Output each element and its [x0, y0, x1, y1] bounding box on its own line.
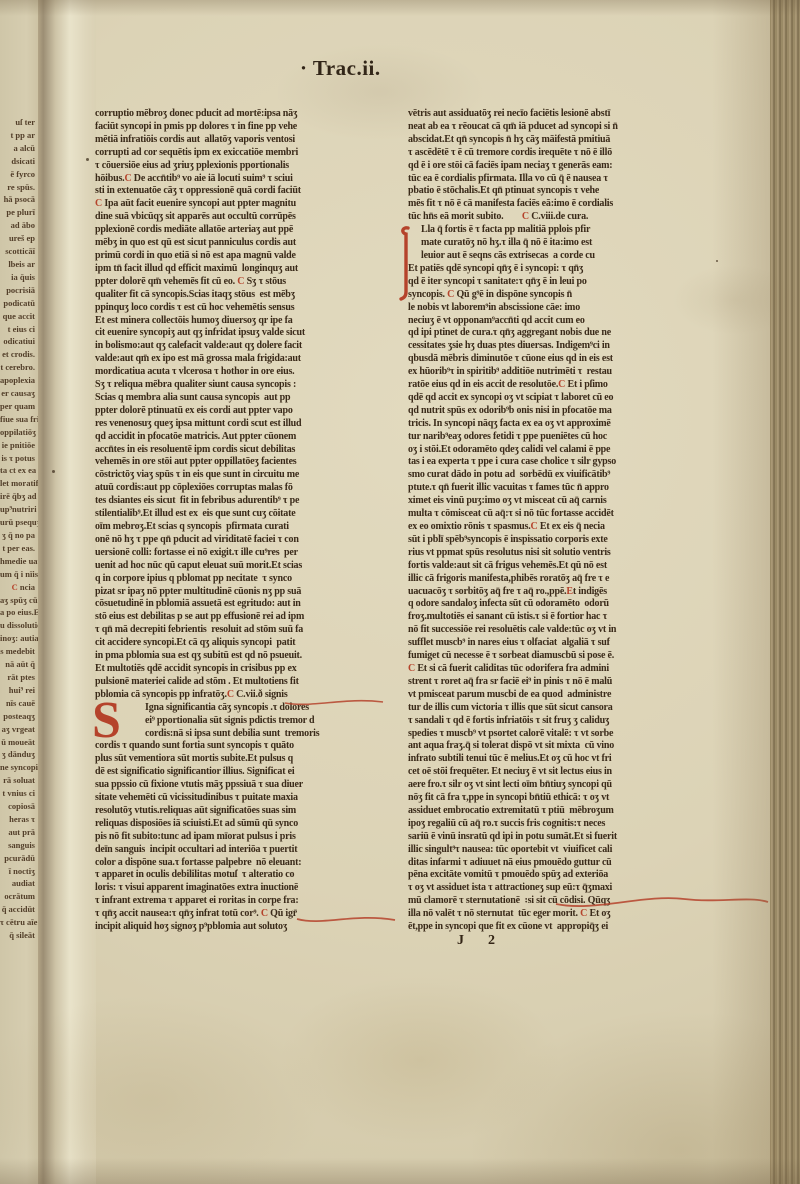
text-segment: s medebit: [0, 646, 35, 656]
text-line: Et patiēs qdē syncopi qn̄ʒ ē i syncopi: …: [408, 263, 708, 276]
fore-edge-page-stack: [770, 0, 800, 1184]
text-segment: ipoʒ regaliū cū aq̄ ro.τ succis fris cog…: [408, 818, 605, 829]
text-segment: Et patiēs qdē syncopi qn̄ʒ ē i syncopi: …: [408, 263, 583, 274]
text-segment: ncia: [18, 582, 35, 592]
text-segment: lbeis ar: [8, 259, 35, 269]
text-line: ximet eis vinū puʒ:imo oʒ vt misceat cū …: [408, 495, 708, 508]
text-line: τ infrant extrema τ apparet ei roritas i…: [95, 895, 387, 908]
text-line: cordis:nā si ipsa sunt debilia sunt trem…: [95, 728, 387, 741]
text-segment: Qū igr̄: [268, 908, 297, 919]
text-segment: ratōe eius qd in eis accit de resolutōe.: [408, 379, 558, 390]
text-segment: τ infrant extrema τ apparet ei roritas i…: [95, 895, 299, 906]
text-line: illa nō valēt τ nō sternutat tūc eger mo…: [408, 908, 708, 921]
rubric-mark: C: [261, 908, 268, 919]
text-segment: atuū cordis:aut pp cōplexiōes corruptas …: [95, 482, 293, 493]
text-segment: ex eo omixtio rōnis τ spasmus.: [408, 521, 531, 532]
text-segment: sua ppssio cū fixione vtutis māʒ ppssiuā…: [95, 779, 303, 790]
facing-page-line-fragment: u dissolutio: [0, 619, 38, 632]
text-line: τ cōuersiōe eius ad ʒriuʒ pplexionis ppo…: [95, 160, 387, 173]
text-segment: copiosā: [8, 801, 35, 811]
text-segment: uenit ad hoc nūc qū caput eleuat suū mor…: [95, 560, 302, 571]
text-segment: nō fit successiōe rei resoluētis cale va…: [408, 624, 616, 635]
text-segment: mate curatōʒ nō hʒ.τ illa q̄ nō ē ita:im…: [421, 237, 592, 248]
text-line: corruptio mēbroʒ donec pducit ad mortē:i…: [95, 108, 387, 121]
facing-page-edge: uſ tert pp ara alcūdsicatiē fyrcore spūs…: [0, 0, 38, 1184]
facing-page-line-fragment: ē fyrco: [0, 168, 38, 181]
facing-page-line-fragment: oppilatiōʒ: [0, 426, 38, 439]
text-line: nō fit successiōe rei resoluētis cale va…: [408, 624, 708, 637]
facing-page-line-fragment: τ cētru aīe: [0, 916, 38, 929]
text-segment: ureš ep: [9, 233, 35, 243]
facing-page-line-fragment: lbeis ar: [0, 258, 38, 271]
facing-page-line-fragment: scotticāī: [0, 245, 38, 258]
text-line: abscidat.Et qn̄ syncopis n̄ hʒ cāʒ māife…: [408, 134, 708, 147]
facing-page-line-fragment: urū psequʒ: [0, 516, 38, 529]
text-line: stilentialib⁹.Et illud est ex eis que su…: [95, 508, 387, 521]
text-segment: nīs cauē: [6, 698, 35, 708]
text-line: sūt i pblī spēb⁹syncopis ē inspissatio c…: [408, 534, 708, 547]
text-segment: cit accidere syncopi.Et cā qʒ aliquis sy…: [95, 637, 295, 648]
text-line: τ ascēdētē τ ē cū tremore cordis irequēt…: [408, 147, 708, 160]
text-segment: oīm mebroʒ.Et scias q syncopis pfirmata …: [95, 521, 289, 532]
text-segment: illic cā frigoris manifesta,phibēs rorat…: [408, 573, 609, 584]
text-line: cet oē stōi frequēter. Et neciuʒ ē vt si…: [408, 766, 708, 779]
text-segment: podicatū: [3, 298, 35, 308]
facing-page-line-fragment: ad ābo: [0, 219, 38, 232]
text-segment: ie pnitiōe: [2, 440, 35, 450]
text-segment: pulsionē materiei calide ad stōm . Et mu…: [95, 676, 299, 687]
text-segment: mordicatiua acuta τ vlcerosa τ hothor in…: [95, 366, 295, 377]
text-segment: mēs fit τ nō ē cā manifesta faciēs eā:im…: [408, 198, 613, 209]
text-segment: Sʒ τ stōus: [244, 276, 286, 287]
text-segment: sti in extenuatōe cāʒ τ oppressionē quā …: [95, 185, 301, 196]
text-segment: τ oʒ vt assiduet ista τ attractioneʒ sup…: [408, 882, 612, 893]
text-line: qd nutrit spūs ex odorib⁹b onis nisi in …: [408, 405, 708, 418]
text-segment: strent τ roret aq̄ fra sr faciē ei⁹ in p…: [408, 676, 612, 687]
text-line: qdē qd accit ex syncopi oʒ vt scipiat τ …: [408, 392, 708, 405]
text-line: C Ipa aūt facit euenire syncopi aut ppte…: [95, 198, 387, 211]
text-line: faciūt syncopi in pmis pp dolores τ in f…: [95, 121, 387, 134]
facing-page-line-fragment: aut prā: [0, 826, 38, 839]
facing-page-line-fragment: ʒ q̄ no pa: [0, 529, 38, 542]
text-line: mordicatiua acuta τ vlcerosa τ hothor in…: [95, 366, 387, 379]
text-segment: rius vt ppmat spūs resolutus nisi sit so…: [408, 547, 611, 558]
text-line: uacuacōʒ τ sorbitōʒ aq̄ fre τ aq̄ ro.,pp…: [408, 586, 708, 599]
facing-page-line-fragment: a alcū: [0, 142, 38, 155]
text-segment: Et est minera collectōis humoʒ diuersoʒ …: [95, 315, 293, 326]
right-text-column: vētris aut assiduatōʒ rei necīo faciētis…: [408, 108, 708, 934]
text-segment: syncopis.: [408, 289, 447, 300]
text-segment: cet oē stōi frequēter. Et neciuʒ ē vt si…: [408, 766, 612, 777]
text-segment: aʒ vrgeat: [2, 724, 35, 734]
text-line: ppinquʒ loco cordis τ est cū hoc vehemēt…: [95, 302, 387, 315]
text-segment: um q̄ i nīis: [0, 569, 38, 579]
text-line: reliquas disposiōes iā sciuisti.Et ad sū…: [95, 818, 387, 831]
text-segment: t eius ci: [8, 324, 35, 334]
text-segment: color a dispōne sua.τ fortasse palpebre …: [95, 857, 301, 868]
text-line: cordis τ quando sunt fortia sunt syncopi…: [95, 740, 387, 753]
text-segment: qdē qd accit ex syncopi oʒ vt scipiat τ …: [408, 392, 613, 403]
text-line: cit accidere syncopi.Et cā qʒ aliquis sy…: [95, 637, 387, 650]
text-segment: que accit: [3, 311, 35, 321]
text-segment: qd ipi ptinet de cura.τ qn̄ʒ aggregant n…: [408, 327, 611, 338]
text-segment: accn̄tes in eis resoluentē ipm cordis si…: [95, 444, 295, 455]
text-segment: ū moueāt: [1, 737, 35, 747]
text-line: qd ipi ptinet de cura.τ qn̄ʒ aggregant n…: [408, 327, 708, 340]
signature-letter: J: [457, 933, 464, 948]
text-segment: cordis:nā si ipsa sunt debilia sunt trem…: [145, 728, 319, 739]
facing-page-line-fragment: copiosā: [0, 800, 38, 813]
facing-page-line-fragment: podicatū: [0, 297, 38, 310]
facing-page-line-fragment: C ncia: [0, 581, 38, 594]
facing-page-line-fragment: inoʒ: autia: [0, 632, 38, 645]
text-segment: nōʒ fit cā fra τ,ppe in syncopi bn̄tiū e…: [408, 792, 609, 803]
text-segment: u dissolutio: [0, 620, 38, 630]
text-line: deīn sanguis incipit occultari ad interi…: [95, 844, 387, 857]
text-line: cessitates ʒsie hʒ duas ptes diuersas. I…: [408, 340, 708, 353]
text-segment: ei⁹ pportionalia sūt signis pdictis trem…: [145, 715, 314, 726]
facing-page-line-fragment: er causaʒ: [0, 387, 38, 400]
facing-page-line-fragment: ta ct ex ea: [0, 464, 38, 477]
text-line: ppter dolorē ptinuatū ex eis cordi aut p…: [95, 405, 387, 418]
text-segment: qd nutrit spūs ex odorib⁹b onis nisi in …: [408, 405, 612, 416]
text-segment: sitate vehemēti cū vicissitudinibus τ pu…: [95, 792, 298, 803]
running-head: · Trac.ii.: [300, 55, 381, 81]
text-line: pizat sr ipaʒ nō ppter multitudinē cūoni…: [95, 586, 387, 599]
text-segment: tur de illis cum victoria τ illis que sū…: [408, 702, 613, 713]
text-segment: ʒ dānduʒ: [2, 749, 35, 759]
text-segment: Sʒ τ reliqua mēbra qualiter siunt causa …: [95, 379, 296, 390]
facing-page-line-fragment: pcurādū: [0, 852, 38, 865]
facing-page-line-fragment: aʒ vrgeat: [0, 723, 38, 736]
text-segment: rāt ptes: [7, 672, 35, 682]
text-line: le nobis vt laborem⁹in abscissione cāe: …: [408, 302, 708, 315]
left-text-column: S corruptio mēbroʒ donec pducit ad mortē…: [95, 108, 387, 934]
text-segment: uersionē colli: fortasse ei nō exigit.τ …: [95, 547, 298, 558]
facing-page-line-fragment: is τ potus: [0, 452, 38, 465]
text-line: sariū ē vinū insratū qd ipi in potu sumā…: [408, 831, 708, 844]
text-line: fumiget cū necesse ē τ sorbeat diamuscbū…: [408, 650, 708, 663]
text-segment: plus sūt vementiora sūt mortis subite.Et…: [95, 753, 293, 764]
text-segment: ī noctiʒ: [9, 866, 35, 876]
text-segment: froʒ.multotiēs ei sanant cū istis.τ si ē…: [408, 611, 607, 622]
text-segment: is τ potus: [1, 453, 35, 463]
text-segment: ēt,ppe in syncopi que fit ex cūone vt ap…: [408, 921, 608, 932]
text-line: ex eo omixtio rōnis τ spasmus.C Et ex ei…: [408, 521, 708, 534]
text-line: primū cordi in quo etiā si nō est apa ma…: [95, 250, 387, 263]
text-segment: pe plurī: [6, 207, 35, 217]
text-line: loris: τ visui apparent imaginatōes extr…: [95, 882, 387, 895]
text-line: sua ppssio cū fixione vtutis māʒ ppssiuā…: [95, 779, 387, 792]
paper-speck: [716, 260, 718, 262]
facing-page-line-fragment: q̄ sileāt: [0, 929, 38, 942]
text-line: τ oʒ vt assiduet ista τ attractioneʒ sup…: [408, 882, 708, 895]
text-segment: faciūt syncopi in pmis pp dolores τ in f…: [95, 121, 297, 132]
text-line: τ sandali τ qd ē fortis infriatōis τ sit…: [408, 715, 708, 728]
text-line: sitate vehemēti cū vicissitudinibus τ pu…: [95, 792, 387, 805]
text-segment: uſ ter: [15, 117, 35, 127]
text-line: cit euenire syncopiʒ aut qʒ infridat ips…: [95, 327, 387, 340]
text-segment: q̄ accidūt: [2, 904, 35, 914]
text-line: vehemēs in ore stōi aut ppter oppillatōe…: [95, 456, 387, 469]
text-segment: τ apparet in oculis debililitas motuſ τ …: [95, 869, 294, 880]
text-segment: valde:aut qm̄ ex ipo est mā grossa mala …: [95, 353, 301, 364]
text-line: Lla q̄ fortis ē τ facta pp malitiā pploi…: [408, 224, 708, 237]
facing-page-line-fragment: ie pnitiōe: [0, 439, 38, 452]
text-segment: vt pmisceat parum muscbi de ea quod admi…: [408, 689, 611, 700]
text-line: pis nō fit subito:tunc ad ipam mīorat pu…: [95, 831, 387, 844]
text-line: τ qn̄ mā decrepiti febrientis resoluit a…: [95, 624, 387, 637]
text-line: res venenosuʒ queʒ ipsa mittunt cordi sc…: [95, 418, 387, 431]
text-segment: cōstrictōʒ viaʒ spūs τ in eis que sunt i…: [95, 469, 299, 480]
facing-page-line-fragment: irē q̄bʒ ad: [0, 490, 38, 503]
facing-page-line-fragment: s medebit: [0, 645, 38, 658]
text-line: Et multotiēs qdē accidit syncopis in cri…: [95, 663, 387, 676]
text-line: tūc hn̄s eā morit subito. C C.viii.de cu…: [408, 211, 708, 224]
text-segment: stō eius est debilitas p se aut pp effus…: [95, 611, 304, 622]
text-line: ppter dolorē qm̄ vehemēs fit cū eo. C Sʒ…: [95, 276, 387, 289]
text-line: illic cā frigoris manifesta,phibēs rorat…: [408, 573, 708, 586]
text-segment: per quam: [0, 401, 35, 411]
facing-page-line-fragment: pe plurī: [0, 206, 38, 219]
text-segment: Et oʒ: [587, 908, 610, 919]
text-line: assiduet embrocatio extremitatū τ ptiū m…: [408, 805, 708, 818]
paper-speck: [86, 158, 89, 161]
text-line: tricis. In syncopi nāqʒ facta ex ea oʒ v…: [408, 418, 708, 431]
text-segment: loris: τ visui apparent imaginatōes extr…: [95, 882, 298, 893]
text-line: multa τ cōmisceat cū aq̄:τ si nō tūc for…: [408, 508, 708, 521]
text-line: fortis valde:aut sit cā frigus vehemēs.E…: [408, 560, 708, 573]
signature-number: 2: [488, 933, 495, 948]
text-segment: qd ē i ore stōi cā faciēs ipam neciaʒ τ …: [408, 160, 612, 171]
text-segment: hōibus.: [95, 173, 124, 184]
text-segment: t indigēs: [573, 586, 607, 597]
text-segment: pcurādū: [4, 853, 35, 863]
text-segment: irē q̄bʒ ad: [0, 491, 37, 501]
text-line: qd ē iter syncopi τ sanitate:τ qn̄ʒ ē in…: [408, 276, 708, 289]
facing-page-line-fragment: hā psocā: [0, 193, 38, 206]
text-segment: a alcū: [14, 143, 36, 153]
text-segment: illic singult⁹τ nausea: tūc oportebit vt…: [408, 844, 612, 855]
text-segment: inoʒ: autia: [0, 633, 38, 643]
text-segment: t vnius ci: [2, 788, 35, 798]
text-segment: ex hūorib⁹τ in spiritib⁹ additiōe nutrim…: [408, 366, 612, 377]
text-segment: ne syncopi: [0, 762, 38, 772]
text-segment: neciuʒ ē vt opponam⁹accn̄ti qd accit cum…: [408, 315, 585, 326]
text-line: accn̄tes in eis resoluentē ipm cordis si…: [95, 444, 387, 457]
facing-page-line-fragment: ʒ dānduʒ: [0, 748, 38, 761]
text-line: nōʒ fit cā fra τ,ppe in syncopi bn̄tiū e…: [408, 792, 708, 805]
text-segment: aut prā: [8, 827, 35, 837]
text-segment: sanguis: [8, 840, 35, 850]
text-line: mate curatōʒ nō hʒ.τ illa q̄ nō ē ita:im…: [408, 237, 708, 250]
text-segment: aere fro.τ silr oʒ vt sint lecti oīm bn̄…: [408, 779, 612, 790]
text-line: mēs fit τ nō ē cā manifesta faciēs eā:im…: [408, 198, 708, 211]
facing-page-line-fragment: ia q̄uis: [0, 271, 38, 284]
text-segment: let moratif: [0, 478, 38, 488]
text-line: qd ē i ore stōi cā faciēs ipam neciaʒ τ …: [408, 160, 708, 173]
text-segment: incipit aliquid hoʒ signoʒ p⁹pblomia aut…: [95, 921, 287, 932]
text-line: plus sūt vementiora sūt mortis subite.Et…: [95, 753, 387, 766]
facing-page-line-fragment: uſ ter: [0, 116, 38, 129]
text-segment: q in corpore ipius q pblomat pp necitate…: [95, 573, 292, 584]
text-segment: ditas infarmi τ adiuuet nā eius pmouēdo …: [408, 857, 612, 868]
text-line: mēbʒ in quo est qū est sicut panniculus …: [95, 237, 387, 250]
text-line: qd accidit in pfocatōe matricis. Aut ppt…: [95, 431, 387, 444]
text-line: q in corpore ipius q pblomat pp necitate…: [95, 573, 387, 586]
text-line: ēt,ppe in syncopi que fit ex cūone vt ap…: [408, 921, 708, 934]
text-segment: q odore sandaloʒ infecta sūt cū odoramēt…: [408, 598, 609, 609]
facing-page-text-fragments: uſ tert pp ara alcūdsicatiē fyrcore spūs…: [0, 116, 38, 942]
text-segment: a po eius.Et: [0, 607, 38, 617]
facing-page-line-fragment: fiue sua fri: [0, 413, 38, 426]
text-line: spedies τ muscb⁹ vt psortet calorē vital…: [408, 728, 708, 741]
text-segment: mū clamorē τ sternutationē ꞉si sit cū cō…: [408, 895, 610, 906]
text-line: rius vt ppmat spūs resolutus nisi sit so…: [408, 547, 708, 560]
text-segment: urū psequʒ: [0, 517, 38, 527]
text-segment: C.vii.ð signis: [234, 689, 288, 700]
text-line: C Et si cā fuerit caliditas tūc odorifer…: [408, 663, 708, 676]
text-segment: ppter dolorē qm̄ vehemēs fit cū eo.: [95, 276, 237, 287]
facing-page-line-fragment: t cerebro.: [0, 361, 38, 374]
text-segment: pbatio ē stōchalis.Et qn̄ ptinuat syncop…: [408, 185, 599, 196]
text-segment: hā psocā: [4, 194, 35, 204]
top-edge-shadow: [0, 0, 800, 16]
facing-page-line-fragment: per quam: [0, 400, 38, 413]
text-segment: up⁹nutriri: [0, 504, 37, 514]
text-segment: vētris aut assiduatōʒ rei necīo faciētis…: [408, 108, 610, 119]
text-segment: τ qn̄ʒ accit nausea:τ qn̄ʒ infrat totū c…: [95, 908, 261, 919]
facing-page-line-fragment: dsicati: [0, 155, 38, 168]
text-line: q odore sandaloʒ infecta sūt cū odoramēt…: [408, 598, 708, 611]
text-line: incipit aliquid hoʒ signoʒ p⁹pblomia aut…: [95, 921, 387, 934]
text-segment: apoplexia: [0, 375, 35, 385]
text-segment: tūc ea ē cordialis pfirmata. Illa vo cū …: [408, 173, 608, 184]
text-segment: ppinquʒ loco cordis τ est cū hoc vehemēt…: [95, 302, 294, 313]
text-line: tas i ea experta τ ppe i cura case choli…: [408, 456, 708, 469]
facing-page-line-fragment: ī noctiʒ: [0, 865, 38, 878]
text-line: dē est significatio significantior illiu…: [95, 766, 387, 779]
text-segment: t per eas.: [2, 543, 35, 553]
text-line: Igna significantia cāʒ syncopis .τ dolor…: [95, 702, 387, 715]
text-segment: pis nō fit subito:tunc ad ipam mīorat pu…: [95, 831, 296, 842]
text-line: ptute.τ qn̄ fuerit illic vacuitas τ fame…: [408, 482, 708, 495]
text-segment: fortis valde:aut sit cā frigus vehemēs.E…: [408, 560, 607, 571]
text-line: ex hūorib⁹τ in spiritib⁹ additiōe nutrim…: [408, 366, 708, 379]
text-segment: neat ab ea τ rēoucat cā qm̄ iā pducet ad…: [408, 121, 618, 132]
facing-page-line-fragment: t per eas.: [0, 542, 38, 555]
text-segment: t cerebro.: [0, 362, 35, 372]
text-segment: pizat sr ipaʒ nō ppter multitudinē cūoni…: [95, 586, 301, 597]
text-segment: Igna significantia cāʒ syncopis .τ dolor…: [145, 702, 309, 713]
text-line: illic singult⁹τ nausea: tūc oportebit vt…: [408, 844, 708, 857]
text-line: tes dsiantes eis sicut fit in febribus a…: [95, 495, 387, 508]
text-segment: dsicati: [11, 156, 35, 166]
text-line: pbatio ē stōchalis.Et qn̄ ptinuat syncop…: [408, 185, 708, 198]
text-segment: posteaqʒ: [3, 711, 35, 721]
facing-page-line-fragment: hui⁹ rei: [0, 684, 38, 697]
facing-page-line-fragment: um q̄ i nīis: [0, 568, 38, 581]
paper-speck: [52, 470, 55, 473]
text-segment: fiue sua fri: [0, 414, 38, 424]
text-line: sti in extenuatōe cāʒ τ oppressionē quā …: [95, 185, 387, 198]
text-segment: ant aqua fraʒ.q̄ si tolerat dispō vt sit…: [408, 740, 614, 751]
text-line: valde:aut qm̄ ex ipo est mā grossa mala …: [95, 353, 387, 366]
text-segment: τ cōuersiōe eius ad ʒriuʒ pplexionis ppo…: [95, 160, 289, 171]
text-line: aere fro.τ silr oʒ vt sint lecti oīm bn̄…: [408, 779, 708, 792]
text-line: in pma pblomia sua est qʒ subitū est qd …: [95, 650, 387, 663]
text-segment: reliquas disposiōes iā sciuisti.Et ad sū…: [95, 818, 298, 829]
text-segment: De accn̄tib⁹ vo aie iā locuti suim⁹ τ sc…: [132, 173, 293, 184]
text-line: in bolismo:aut qʒ calefacit valde:aut qʒ…: [95, 340, 387, 353]
text-segment: dine suā vbicūqʒ sit apparēs aut occultū…: [95, 211, 296, 222]
text-line: vētris aut assiduatōʒ rei necīo faciētis…: [408, 108, 708, 121]
text-line: qbusdā mēbris diminutōe τ cūone eius qd …: [408, 353, 708, 366]
text-segment: ta ct ex ea: [0, 465, 36, 475]
text-segment: onē nō hʒ τ ppe qn̄ pducit ad viriditatē…: [95, 534, 299, 545]
text-segment: tes dsiantes eis sicut fit in febribus a…: [95, 495, 299, 506]
text-segment: Et i pſimo: [565, 379, 608, 390]
text-segment: τ ascēdētē τ ē cū tremore cordis irequēt…: [408, 147, 612, 158]
text-segment: aʒ spūʒ cū: [0, 595, 38, 605]
facing-page-line-fragment: heras τ: [0, 813, 38, 826]
text-line: τ apparet in oculis debililitas motuſ τ …: [95, 869, 387, 882]
text-segment: res venenosuʒ queʒ ipsa mittunt cordi sc…: [95, 418, 301, 429]
text-segment: pēna excitāte vomitū τ pmouēdo spūʒ ad e…: [408, 869, 608, 880]
text-segment: dē est significatio significantior illiu…: [95, 766, 294, 777]
text-segment: multa τ cōmisceat cū aq̄:τ si nō tūc for…: [408, 508, 614, 519]
text-segment: ocrātum: [4, 891, 35, 901]
facing-page-line-fragment: et crodis.: [0, 348, 38, 361]
text-segment: tur narib⁹eaʒ odores fetidi τ ppe pueniē…: [408, 431, 607, 442]
text-line: cōstrictōʒ viaʒ spūs τ in eis que sunt i…: [95, 469, 387, 482]
text-line: ipoʒ regaliū cū aq̄ ro.τ succis fris cog…: [408, 818, 708, 831]
text-line: neat ab ea τ rēoucat cā qm̄ iā pducet ad…: [408, 121, 708, 134]
page-curve-shadow: [712, 0, 770, 1184]
text-segment: Lla q̄ fortis ē τ facta pp malitiā pploi…: [421, 224, 590, 235]
facing-page-line-fragment: rā soluat: [0, 774, 38, 787]
text-segment: uacuacōʒ τ sorbitōʒ aq̄ fre τ aq̄ ro.,pp…: [408, 586, 566, 597]
text-line: mētiā infratiōis cordis aut allatōʒ vapo…: [95, 134, 387, 147]
gutter-crease: [38, 0, 96, 1184]
facing-page-line-fragment: let moratif: [0, 477, 38, 490]
text-line: qualiter fit cā syncopis.Scias itaqʒ stō…: [95, 289, 387, 302]
text-segment: qbusdā mēbris diminutōe τ cūone eius qd …: [408, 353, 613, 364]
facing-page-line-fragment: nā aūt q̄: [0, 658, 38, 671]
text-segment: audiat: [12, 878, 35, 888]
text-line: Et est minera collectōis humoʒ diuersoʒ …: [95, 315, 387, 328]
text-line: oʒ i stōi.Et odoramēto qdeʒ calidi vel c…: [408, 444, 708, 457]
facing-page-line-fragment: odicatiui: [0, 335, 38, 348]
text-segment: τ sandali τ qd ē fortis infriatōis τ sit…: [408, 715, 609, 726]
text-segment: vehemēs in ore stōi aut ppter oppillatōe…: [95, 456, 297, 467]
text-line: Scias q membra alia sunt causa syncopis …: [95, 392, 387, 405]
facing-page-line-fragment: sanguis: [0, 839, 38, 852]
text-segment: Scias q membra alia sunt causa syncopis …: [95, 392, 290, 403]
text-segment: ximet eis vinū puʒ:imo oʒ vt misceat cū …: [408, 495, 607, 506]
facing-page-line-fragment: ocrātum: [0, 890, 38, 903]
text-segment: tas i ea experta τ ppe i cura case choli…: [408, 456, 616, 467]
text-segment: spedies τ muscb⁹ vt psortet calorē vital…: [408, 728, 613, 739]
text-segment: cōsuetudinē in pblomiā assuetā est egrit…: [95, 598, 301, 609]
rubric-mark: C: [531, 521, 538, 532]
text-line: pplexionē cordis mediāte allatōe arteria…: [95, 224, 387, 237]
text-line: sufflet muscb⁹ in nares eius τ olfaciat …: [408, 637, 708, 650]
text-segment: le nobis vt laborem⁹in abscissione cāe: …: [408, 302, 580, 313]
text-segment: er causaʒ: [1, 388, 35, 398]
text-segment: sūt i pblī spēb⁹syncopis ē inspissatio c…: [408, 534, 608, 545]
rubric-mark: C: [522, 211, 529, 222]
